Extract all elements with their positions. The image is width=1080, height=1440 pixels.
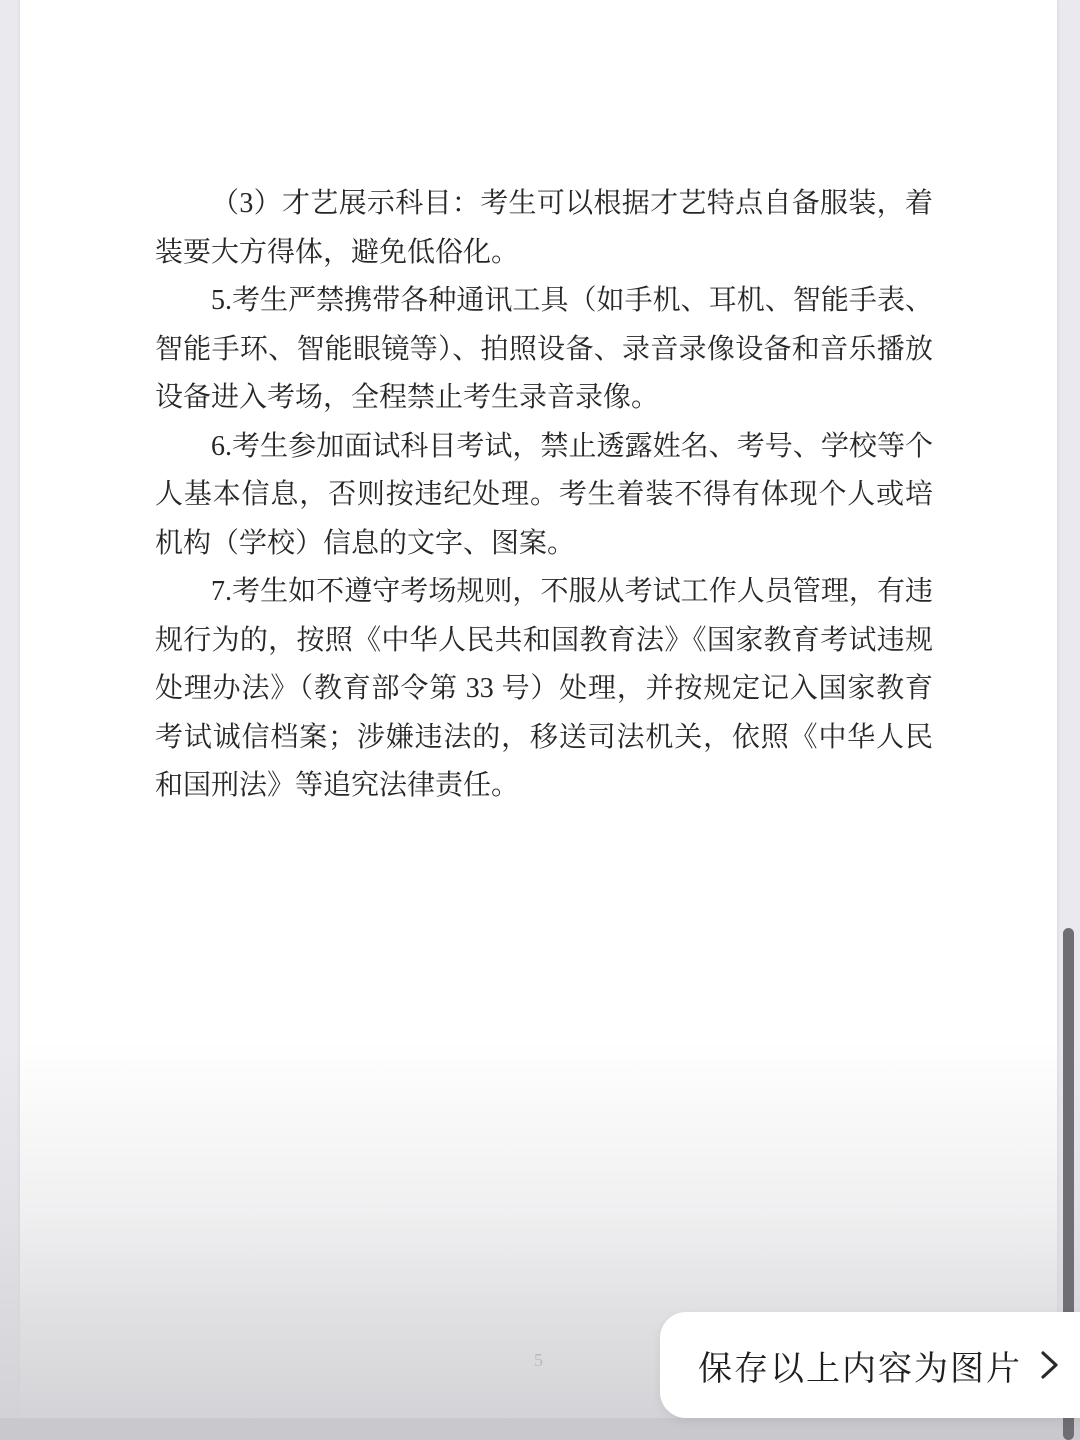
text-line: 考试诚信档案；涉嫌违法的，移送司法机关，依照《中华人民共 xyxy=(155,714,933,763)
text-line: 设备进入考场，全程禁止考生录音录像。 xyxy=(155,374,933,423)
text-line: 装要大方得体，避免低俗化。 xyxy=(155,229,933,278)
save-as-image-button[interactable]: 保存以上内容为图片 xyxy=(660,1312,1080,1418)
text-line: 6.考生参加面试科目考试，禁止透露姓名、考号、学校等个 xyxy=(155,423,933,472)
text-line: 智能手环、智能眼镜等）、拍照设备、录音录像设备和音乐播放 xyxy=(155,326,933,375)
save-as-image-label: 保存以上内容为图片 xyxy=(698,1341,1022,1390)
text-line: 7.考生如不遵守考场规则，不服从考试工作人员管理，有违 xyxy=(155,568,933,617)
text-line: 和国刑法》等追究法律责任。 xyxy=(155,762,933,811)
text-line: 规行为的，按照《中华人民共和国教育法》《国家教育考试违规 xyxy=(155,617,933,666)
text-line: 机构（学校）信息的文字、图案。 xyxy=(155,520,933,569)
bottom-strip xyxy=(0,1418,1080,1440)
document-page: （3）才艺展示科目：考生可以根据才艺特点自备服装，着装要大方得体，避免低俗化。5… xyxy=(20,0,1057,1440)
text-line: 处理办法》（教育部令第 33 号）处理，并按规定记入国家教育 xyxy=(155,665,933,714)
document-body: （3）才艺展示科目：考生可以根据才艺特点自备服装，着装要大方得体，避免低俗化。5… xyxy=(155,180,933,811)
text-line: 5.考生严禁携带各种通讯工具（如手机、耳机、智能手表、 xyxy=(155,277,933,326)
chevron-right-icon xyxy=(1036,1347,1062,1383)
text-line: （3）才艺展示科目：考生可以根据才艺特点自备服装，着 xyxy=(155,180,933,229)
text-line: 人基本信息，否则按违纪处理。考生着装不得有体现个人或培训 xyxy=(155,471,933,520)
document-viewer: （3）才艺展示科目：考生可以根据才艺特点自备服装，着装要大方得体，避免低俗化。5… xyxy=(0,0,1080,1440)
